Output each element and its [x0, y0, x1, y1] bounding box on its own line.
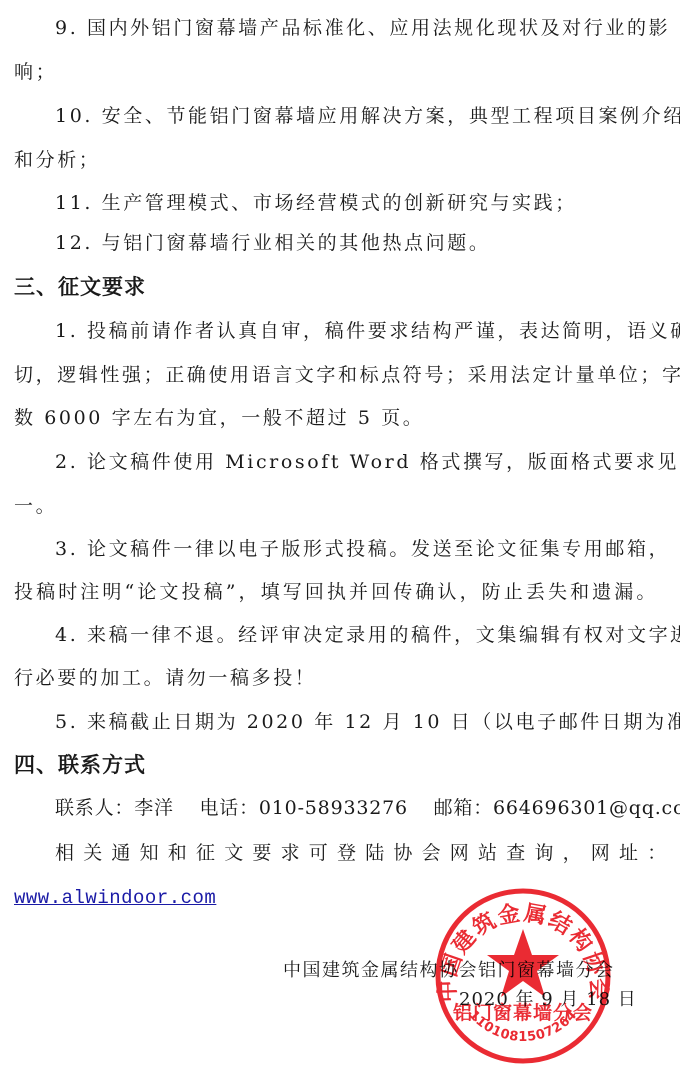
- requirement-1-line-3: 数 6000 字左右为宜，一般不超过 5 页。: [14, 406, 658, 430]
- topic-10-line-2: 和分析；: [14, 148, 658, 172]
- topic-9-line-2: 响；: [14, 60, 658, 84]
- requirement-4-line-2: 行必要的加工。请勿一稿多投！: [14, 666, 658, 690]
- contact-email[interactable]: 664696301@qq.com: [493, 797, 680, 819]
- official-seal-stamp: 中国建筑金属结构协会 铝门窗幕墙分会 1101081507264: [433, 887, 613, 1065]
- contact-person: 李洋: [134, 797, 174, 819]
- section-heading-contact: 四、联系方式: [14, 752, 146, 778]
- requirement-3-line-2: 投稿时注明“论文投稿”，填写回执并回传确认，防止丢失和遗漏。: [14, 580, 658, 604]
- requirement-1-line-1: 1. 投稿前请作者认真自审，稿件要求结构严谨，表达简明，语义确: [55, 319, 658, 343]
- website-link[interactable]: www.alwindoor.com: [14, 887, 216, 909]
- contact-email-label: 邮箱：: [434, 797, 493, 819]
- topic-10-line-1: 10. 安全、节能铝门窗幕墙应用解决方案，典型工程项目案例介绍: [55, 104, 658, 128]
- requirement-2-line-2: 一。: [14, 494, 658, 518]
- requirement-4-line-1: 4. 来稿一律不退。经评审决定录用的稿件，文集编辑有权对文字进: [55, 623, 658, 647]
- requirement-2-line-1: 2. 论文稿件使用 Microsoft Word 格式撰写，版面格式要求见附件: [55, 450, 658, 474]
- requirement-5: 5. 来稿截止日期为 2020 年 12 月 10 日（以电子邮件日期为准）。: [55, 710, 658, 734]
- topic-12: 12. 与铝门窗幕墙行业相关的其他热点问题。: [55, 231, 658, 255]
- contact-phone: 010-58933276: [259, 797, 408, 819]
- topic-11: 11. 生产管理模式、市场经营模式的创新研究与实践；: [55, 191, 658, 215]
- requirement-3-line-1: 3. 论文稿件一律以电子版形式投稿。发送至论文征集专用邮箱，: [55, 537, 658, 561]
- section-heading-requirements: 三、征文要求: [14, 274, 146, 300]
- star-icon: [487, 929, 559, 997]
- contact-person-label: 联系人：: [55, 797, 134, 819]
- contact-line: 联系人：李洋 电话：010-58933276 邮箱：664696301@qq.c…: [55, 796, 658, 820]
- requirement-1-line-2: 切，逻辑性强；正确使用语言文字和标点符号；采用法定计量单位；字: [14, 363, 658, 387]
- topic-9-line-1: 9. 国内外铝门窗幕墙产品标准化、应用法规化现状及对行业的影: [55, 16, 658, 40]
- contact-phone-label: 电话：: [200, 797, 259, 819]
- website-line: 相关通知和征文要求可登陆协会网站查询，网址：: [55, 841, 658, 865]
